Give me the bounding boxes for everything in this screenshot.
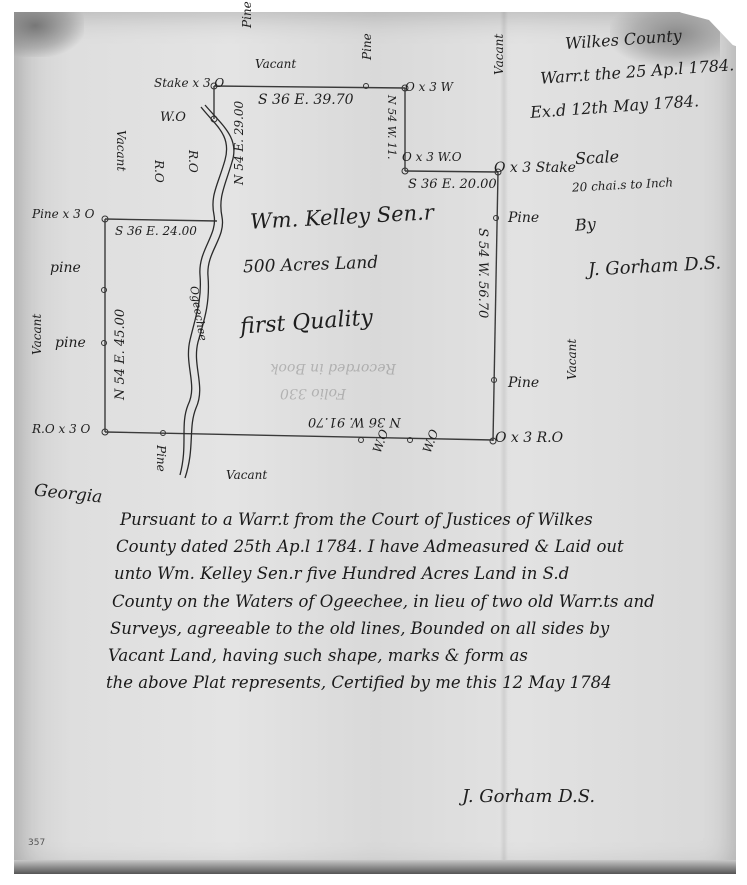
corner-bottom-right: O x 3 R.O (495, 430, 563, 446)
certificate-line: Vacant Land, having such shape, marks & … (108, 642, 740, 669)
certificate-line: the above Plat represents, Certified by … (106, 669, 740, 696)
bleed-text-2: Folio 330 (280, 385, 346, 401)
corner-top-left: Stake x 3 O (154, 76, 224, 90)
pine-top-mid: Pine (360, 33, 374, 60)
pine-left-2: pine (55, 335, 86, 351)
vacant-bottom: Vacant (226, 468, 267, 482)
bleed-text-1: Recorded in Book (270, 360, 396, 376)
pine-bottom: Pine (154, 445, 168, 472)
pine-right-2: Pine (508, 375, 539, 391)
mark-ro-1: R.O (152, 160, 166, 183)
pine-right-1: Pine (508, 210, 539, 226)
corner-left-bottom: R.O x 3 O (32, 422, 90, 436)
vacant-right-lower: Vacant (565, 339, 579, 380)
bearing-top: S 36 E. 39.70 (258, 92, 354, 108)
bearing-right-vertical: S 54 W. 56.70 (475, 228, 490, 318)
certificate-text: Pursuant to a Warr.t from the Court of J… (120, 506, 740, 696)
mark-wo: W.O (160, 110, 186, 125)
bearing-left-top-short: S 36 E. 24.00 (115, 224, 197, 238)
mark-ro-2: R.O (186, 150, 200, 173)
pine-left-1: pine (50, 260, 81, 276)
page-number: 357 (28, 838, 45, 848)
vacant-right-upper: Vacant (492, 34, 506, 75)
corner-top-right: O x 3 W (405, 80, 453, 94)
certificate-line: County dated 25th Ap.l 1784. I have Adme… (116, 533, 740, 560)
corner-left-top: Pine x 3 O (32, 207, 94, 221)
certificate-line: unto Wm. Kelley Sen.r five Hundred Acres… (114, 560, 740, 587)
bearing-upper-right-short: S 36 E. 20.00 (408, 177, 497, 192)
bearing-bottom: N 36 W. 91.70 (308, 414, 401, 429)
certificate-line: County on the Waters of Ogeechee, in lie… (112, 588, 740, 615)
bearing-middle-vertical: N 54 E. 29.00 (232, 101, 246, 185)
certificate-line: Surveys, agreeable to the old lines, Bou… (110, 615, 740, 642)
vacant-left-lower: Vacant (30, 314, 44, 355)
pine-top: Pine (240, 1, 254, 28)
bearing-upper-right-vertical: N 54 W. 11. (385, 95, 398, 160)
by-label: By (574, 214, 596, 234)
corner-mid-right: O x 3 W.O (402, 150, 462, 164)
vacant-top: Vacant (255, 57, 296, 71)
corner-right-stake: O x 3 Stake (494, 160, 576, 176)
certificate-line: Pursuant to a Warr.t from the Court of J… (120, 506, 740, 533)
vacant-left-upper: Vacant (114, 130, 128, 171)
surveyor-signature: J. Gorham D.S. (462, 786, 595, 807)
scale-label: Scale (575, 147, 620, 168)
bearing-left-vertical: N 54 E. 45.00 (113, 309, 128, 400)
